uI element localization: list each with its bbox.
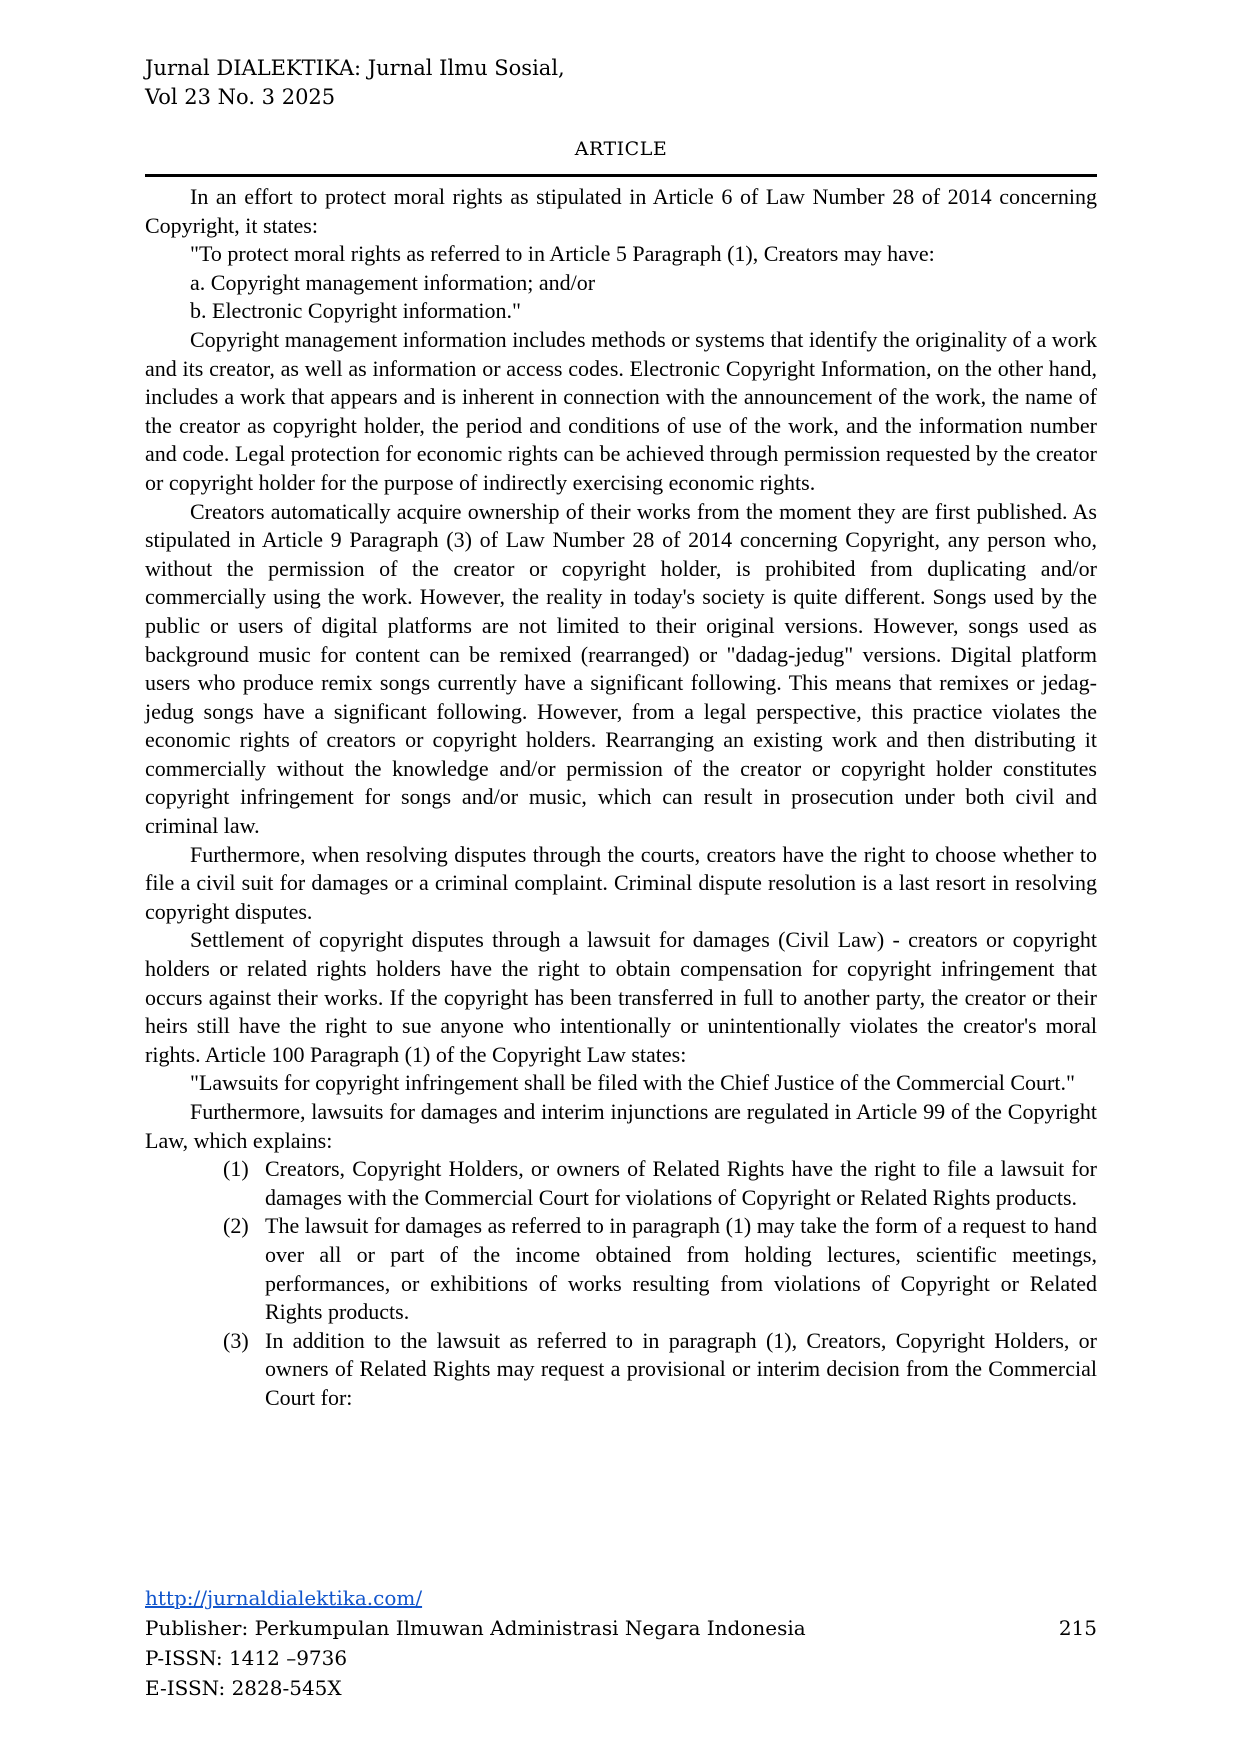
paragraph: In an effort to protect moral rights as …	[145, 183, 1097, 240]
list-item: (1) Creators, Copyright Holders, or owne…	[145, 1155, 1097, 1212]
list-item: (3) In addition to the lawsuit as referr…	[145, 1327, 1097, 1413]
list-item-number: (1)	[223, 1155, 265, 1212]
p-issn-line: P-ISSN: 1412 –9736	[145, 1643, 1097, 1673]
journal-header: Jurnal DIALEKTIKA: Jurnal Ilmu Sosial, V…	[145, 54, 565, 112]
journal-volume: Vol 23 No. 3 2025	[145, 83, 565, 112]
list-item-text: In addition to the lawsuit as referred t…	[265, 1327, 1097, 1413]
article-section-label: ARTICLE	[145, 138, 1097, 160]
journal-url-link[interactable]: http://jurnaldialektika.com/	[145, 1586, 422, 1610]
list-item: (2) The lawsuit for damages as referred …	[145, 1212, 1097, 1326]
e-issn-line: E-ISSN: 2828-545X	[145, 1673, 1097, 1703]
list-item-text: The lawsuit for damages as referred to i…	[265, 1212, 1097, 1326]
paragraph: a. Copyright management information; and…	[145, 269, 1097, 298]
journal-title: Jurnal DIALEKTIKA: Jurnal Ilmu Sosial,	[145, 54, 565, 83]
list-item-number: (2)	[223, 1212, 265, 1326]
journal-page: Jurnal DIALEKTIKA: Jurnal Ilmu Sosial, V…	[0, 0, 1242, 1754]
list-item-number: (3)	[223, 1327, 265, 1413]
header-rule	[145, 174, 1097, 177]
paragraph: b. Electronic Copyright information."	[145, 297, 1097, 326]
list-item-text: Creators, Copyright Holders, or owners o…	[265, 1155, 1097, 1212]
page-footer: http://jurnaldialektika.com/ Publisher: …	[145, 1583, 1097, 1703]
paragraph: Furthermore, when resolving disputes thr…	[145, 841, 1097, 927]
page-number: 215	[1059, 1613, 1097, 1643]
paragraph: Furthermore, lawsuits for damages and in…	[145, 1098, 1097, 1155]
paragraph: "To protect moral rights as referred to …	[145, 240, 1097, 269]
article-body: In an effort to protect moral rights as …	[145, 183, 1097, 1413]
publisher-line: Publisher: Perkumpulan Ilmuwan Administr…	[145, 1613, 806, 1643]
paragraph: Copyright management information include…	[145, 326, 1097, 498]
paragraph: Creators automatically acquire ownership…	[145, 498, 1097, 841]
paragraph: Settlement of copyright disputes through…	[145, 926, 1097, 1069]
quote-block: "Lawsuits for copyright infringement sha…	[145, 1069, 1097, 1098]
